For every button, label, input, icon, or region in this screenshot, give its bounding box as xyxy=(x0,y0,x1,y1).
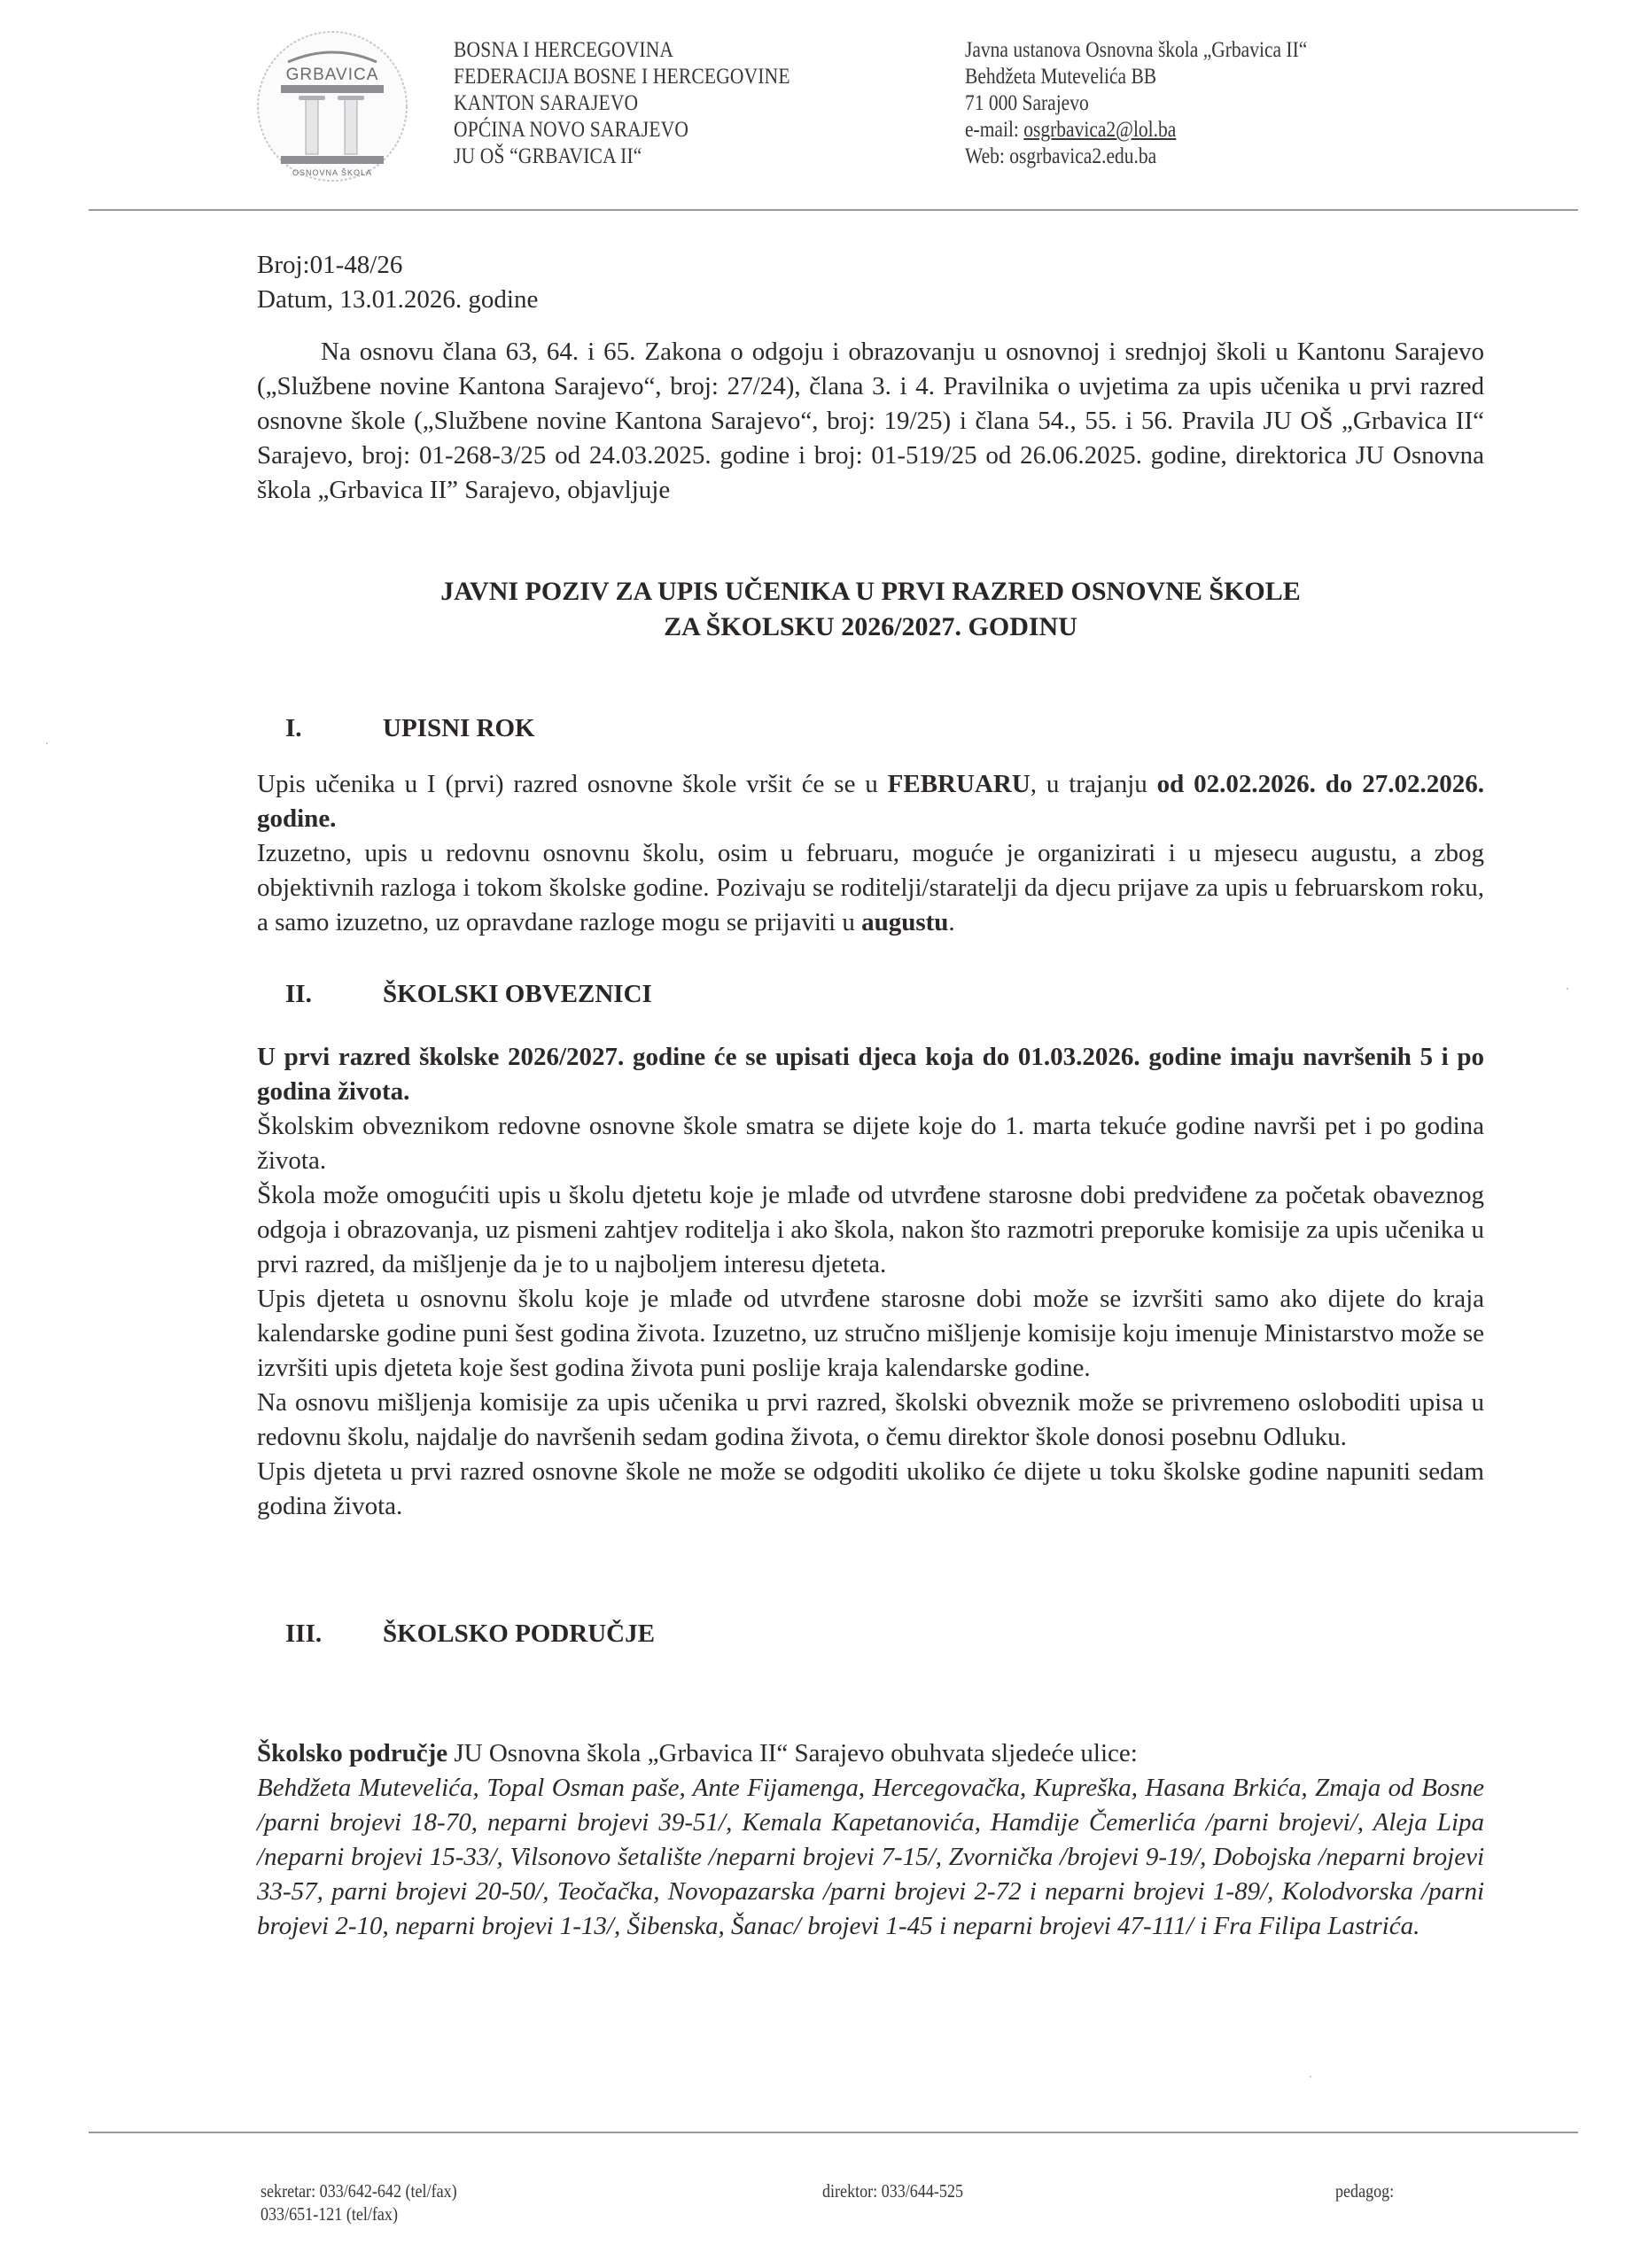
month-emphasis: FEBRUARU xyxy=(888,770,1031,798)
header-divider xyxy=(89,209,1578,211)
pedagog-label: pedagog: xyxy=(1335,2179,1394,2202)
logo-top-text: GRBAVICA xyxy=(286,66,379,84)
web-line: Web: osgrbavica2.edu.ba xyxy=(965,144,1307,170)
authority-line: BOSNA I HERCEGOVINA xyxy=(454,37,790,64)
paragraph: Na osnovu mišljenja komisije za upis uče… xyxy=(257,1386,1484,1455)
title-line-1: JAVNI POZIV ZA UPIS UČENIKA U PRVI RAZRE… xyxy=(257,574,1484,610)
email-line: e-mail: osgrbavica2@lol.ba xyxy=(965,117,1307,144)
authority-line: OPĆINA NOVO SARAJEVO xyxy=(454,117,790,144)
director-phone: direktor: 033/644-525 xyxy=(822,2179,963,2202)
scan-speck xyxy=(1567,988,1568,990)
street-list: Behdžeta Mutevelića, Topal Osman paše, A… xyxy=(257,1771,1484,1944)
section-title: ŠKOLSKI OBVEZNICI xyxy=(383,980,652,1009)
city: 71 000 Sarajevo xyxy=(965,90,1307,117)
section-number: II. xyxy=(285,980,312,1009)
intro-paragraph: Na osnovu člana 63, 64. i 65. Zakona o o… xyxy=(257,335,1484,508)
exception-paragraph: Izuzetno, upis u redovnu osnovnu školu, … xyxy=(257,836,1484,940)
document-number: Broj:01-48/26 xyxy=(257,248,1484,283)
enrollment-period-paragraph: Upis učenika u I (prvi) razred osnovne š… xyxy=(257,767,1484,836)
paragraph: Upis djeteta u osnovnu školu koje je mla… xyxy=(257,1282,1484,1386)
paragraph: Škola može omogućiti upis u školu djetet… xyxy=(257,1178,1484,1282)
scan-speck xyxy=(1310,2076,1311,2078)
institution-name: Javna ustanova Osnovna škola „Grbavica I… xyxy=(965,37,1307,64)
letterhead-authority: BOSNA I HERCEGOVINA FEDERACIJA BOSNE I H… xyxy=(454,37,790,170)
secretary-phone-1: sekretar: 033/642-642 (tel/fax) xyxy=(261,2179,457,2202)
email-label: e-mail: xyxy=(965,118,1023,142)
document-meta: Broj:01-48/26 Datum, 13.01.2026. godine xyxy=(257,248,1484,317)
footer-pedagog: pedagog: xyxy=(1335,2179,1394,2202)
section-body-skolsko-podrucje: Školsko područje JU Osnovna škola „Grbav… xyxy=(257,1736,1484,1944)
roman-numeral-two-columns-icon: GRBAVICA OSNOVNA ŠKOLA xyxy=(253,27,412,186)
section-number: III. xyxy=(285,1619,322,1649)
section-body-skolski-obveznici: U prvi razred školske 2026/2027. godine … xyxy=(257,1040,1484,1524)
text: , u trajanju xyxy=(1031,770,1157,798)
page-title: JAVNI POZIV ZA UPIS UČENIKA U PRVI RAZRE… xyxy=(257,574,1484,645)
logo-bottom-text: OSNOVNA ŠKOLA xyxy=(292,168,372,177)
paragraph: Školskim obveznikom redovne osnovne škol… xyxy=(257,1109,1484,1178)
area-lead-text: JU Osnovna škola „Grbavica II“ Sarajevo … xyxy=(447,1739,1138,1767)
area-lead-bold: Školsko područje xyxy=(257,1739,447,1767)
section-title: UPISNI ROK xyxy=(383,714,535,743)
section-number: I. xyxy=(285,714,302,743)
intro-text: Na osnovu člana 63, 64. i 65. Zakona o o… xyxy=(257,338,1484,504)
text: . xyxy=(948,908,954,936)
secretary-phone-2: 033/651-121 (tel/fax) xyxy=(261,2202,457,2225)
title-line-2: ZA ŠKOLSKU 2026/2027. GODINU xyxy=(257,610,1484,645)
authority-line: KANTON SARAJEVO xyxy=(454,90,790,117)
authority-line: JU OŠ “GRBAVICA II“ xyxy=(454,144,790,170)
eligibility-lead: U prvi razred školske 2026/2027. godine … xyxy=(257,1043,1484,1106)
footer-secretary: sekretar: 033/642-642 (tel/fax) 033/651-… xyxy=(261,2179,457,2225)
scan-speck xyxy=(46,742,48,744)
section-body-upisni-rok: Upis učenika u I (prvi) razred osnovne š… xyxy=(257,767,1484,940)
footer-director: direktor: 033/644-525 xyxy=(822,2179,963,2202)
section-title: ŠKOLSKO PODRUČJE xyxy=(383,1619,655,1649)
school-logo: GRBAVICA OSNOVNA ŠKOLA xyxy=(253,27,412,186)
street-address: Behdžeta Mutevelića BB xyxy=(965,64,1307,90)
letterhead-contact: Javna ustanova Osnovna škola „Grbavica I… xyxy=(965,37,1307,170)
email-link[interactable]: osgrbavica2@lol.ba xyxy=(1023,118,1176,142)
august-emphasis: augustu xyxy=(861,908,948,936)
authority-line: FEDERACIJA BOSNE I HERCEGOVINE xyxy=(454,64,790,90)
document-date: Datum, 13.01.2026. godine xyxy=(257,283,1484,317)
footer-divider xyxy=(89,2132,1578,2133)
paragraph: Upis djeteta u prvi razred osnovne škole… xyxy=(257,1455,1484,1524)
text: Upis učenika u I (prvi) razred osnovne š… xyxy=(257,770,888,798)
